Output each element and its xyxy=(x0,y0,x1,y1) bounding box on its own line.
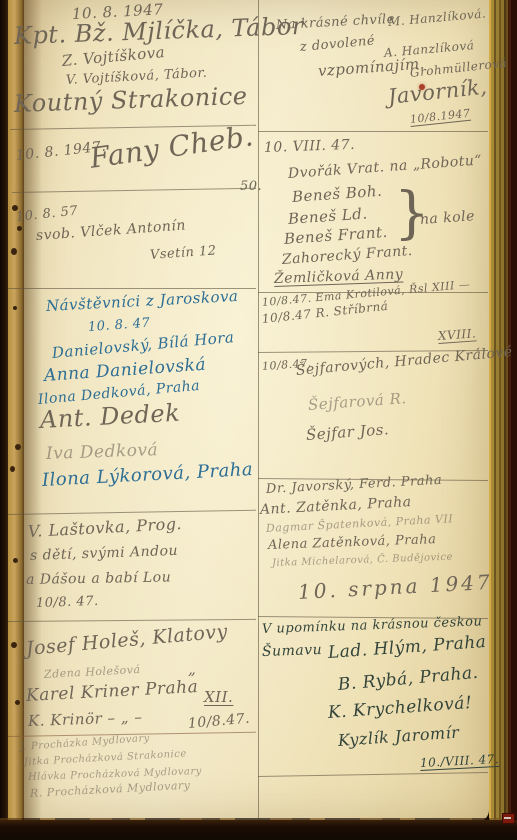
stitch-dot xyxy=(15,700,20,705)
guestbook-scan: 10. 8. 1947 Kpt. Bž. Mjlíčka, Tábor Z. V… xyxy=(0,0,517,840)
stitch-dot xyxy=(11,642,17,648)
entry-date: 10. VIII. 47. xyxy=(264,137,356,156)
red-tab-line xyxy=(504,817,511,819)
note-text: XVIII. xyxy=(438,326,477,343)
book-spine xyxy=(0,0,8,840)
note-text: a Dášou a babí Lou xyxy=(26,569,171,588)
red-tab-mark xyxy=(502,813,515,824)
district-number: XII. xyxy=(204,688,233,706)
note-text: Šumavu xyxy=(262,642,323,660)
stitch-dot xyxy=(13,306,17,310)
page-edges xyxy=(489,0,517,822)
entry-date: 10/8. 47. xyxy=(36,594,99,611)
ruled-line xyxy=(258,131,488,132)
stitch-dot xyxy=(15,444,21,450)
stitch-dot xyxy=(13,558,18,563)
stitch-dot xyxy=(11,248,17,255)
ditto-mark: „ xyxy=(188,660,196,678)
stitch-dot xyxy=(10,466,15,472)
binding-edge xyxy=(8,0,24,822)
center-rule xyxy=(258,0,259,818)
note-text: 50. xyxy=(240,179,262,194)
stitch-dot xyxy=(17,226,22,231)
signature: Iva Dedková xyxy=(46,440,159,464)
ink-stain xyxy=(419,84,425,90)
book-cover-bottom xyxy=(0,820,517,840)
